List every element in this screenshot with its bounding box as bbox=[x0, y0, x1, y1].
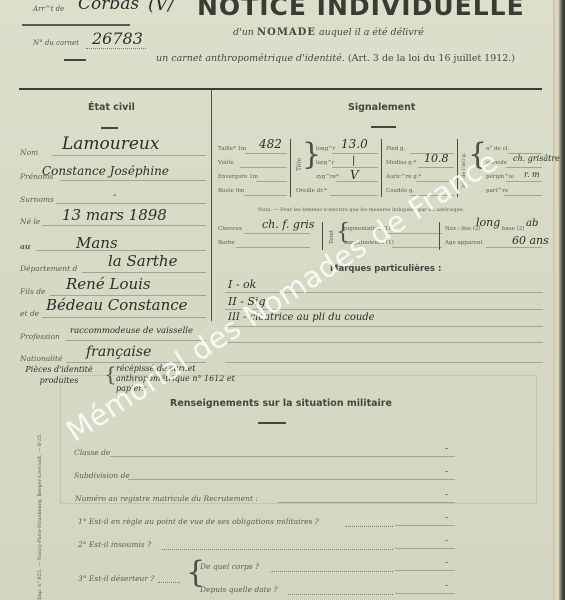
subdivision-value: - bbox=[445, 467, 448, 477]
iris-brace: { bbox=[468, 140, 487, 170]
au-value: Mans bbox=[76, 234, 118, 252]
profession-value: raccommodeuse de vaisselle bbox=[70, 326, 210, 337]
base-label: base (2) bbox=[502, 226, 524, 232]
sig-row2-sep-2 bbox=[439, 222, 440, 250]
pied-label: Pied g. bbox=[386, 146, 405, 152]
nez-value: long bbox=[476, 216, 500, 229]
marque-1: I - ok bbox=[228, 278, 256, 291]
military-box bbox=[60, 375, 537, 504]
page-title: NOTICE INDIVIDUELLE bbox=[197, 0, 525, 21]
obligations-value: - bbox=[445, 513, 448, 523]
long-value: 13.0 bbox=[341, 137, 368, 151]
obligations-dots bbox=[345, 526, 393, 527]
prenoms-line bbox=[60, 180, 206, 181]
marques-line-5 bbox=[225, 362, 543, 363]
et-de-label: et de bbox=[20, 309, 39, 318]
ne-le-value: 13 mars 1898 bbox=[62, 206, 167, 224]
cheveux-label: Cheveux bbox=[218, 226, 242, 232]
marques-line-4 bbox=[225, 342, 543, 343]
base-value: ab bbox=[526, 218, 538, 229]
cheveux-value: ch. f. gris bbox=[262, 218, 314, 231]
departement-value: la Sarthe bbox=[108, 252, 177, 270]
marques-line-3 bbox=[225, 326, 543, 327]
medius-label: Médius g.* bbox=[386, 160, 416, 166]
taille-line bbox=[245, 153, 287, 154]
militaire-dash bbox=[258, 422, 286, 424]
zyg-label: zyg^re* bbox=[316, 174, 339, 180]
matricule-label: Numéro au registre matricule du Recrutem… bbox=[75, 494, 258, 503]
matricule-value: - bbox=[445, 490, 448, 500]
subdivision-label: Subdivision de bbox=[74, 471, 130, 480]
marques-heading: Marques particulières : bbox=[330, 264, 441, 274]
buste-label: Buste 0m bbox=[218, 188, 244, 194]
ne-le-line bbox=[42, 225, 206, 226]
peripherie-label: périph^ie bbox=[486, 174, 514, 180]
profession-label: Profession bbox=[20, 332, 60, 341]
et-de-value: Bédeau Constance bbox=[46, 296, 188, 314]
marques-line-2 bbox=[225, 309, 543, 310]
corps-dots bbox=[270, 571, 393, 572]
envergure-line bbox=[256, 181, 287, 182]
subtitle-line2: un carnet anthropométrique d'identité. (… bbox=[156, 53, 515, 64]
fils-de-value: René Louis bbox=[66, 275, 151, 293]
handwritten-mark: (V/ bbox=[148, 0, 174, 15]
subtitle-law: (Art. 3 de la loi du 16 juillet 1912.) bbox=[348, 53, 515, 64]
pigmentation-label: pigmentation (1) bbox=[344, 226, 391, 232]
etat-civil-heading: État civil bbox=[88, 102, 135, 113]
age-line bbox=[486, 247, 542, 248]
arr-underline bbox=[22, 24, 130, 26]
oreille-line bbox=[330, 195, 378, 196]
voute-label: Voûte bbox=[218, 160, 234, 166]
et-de-line bbox=[42, 317, 206, 318]
buste-line bbox=[244, 195, 287, 196]
subtitle-carnet: un carnet anthropométrique d'identité. bbox=[156, 53, 345, 64]
subdivision-line bbox=[128, 479, 455, 480]
insoumis-value: - bbox=[445, 536, 448, 546]
sig-col-sep-3 bbox=[457, 139, 458, 197]
surnoms-label: Surnoms bbox=[20, 195, 54, 204]
auriculaire-line bbox=[416, 181, 454, 182]
date-label: Depuis quelle date ? bbox=[200, 585, 278, 594]
zyg-value: V bbox=[350, 168, 359, 182]
coudee-label: Coudée g. bbox=[386, 188, 414, 194]
carnet-dash bbox=[64, 59, 86, 61]
nationalite-line bbox=[66, 362, 206, 363]
insoumis-line bbox=[395, 548, 455, 549]
classe-value: - bbox=[445, 444, 448, 454]
carnet-line bbox=[86, 48, 146, 49]
nota-text: Nota. — Pour les femmes n'inscrire que l… bbox=[258, 207, 464, 213]
iris-group-label: Iris de l'œil g. bbox=[461, 153, 467, 188]
date-dots bbox=[288, 594, 393, 595]
sig-col-sep-2 bbox=[381, 139, 382, 197]
date-value: - bbox=[445, 581, 448, 591]
particularites-line bbox=[504, 195, 542, 196]
subtitle-pre: d'un bbox=[233, 27, 254, 38]
larg-label: larg^r bbox=[316, 160, 334, 166]
marque-2: II - Sig bbox=[228, 295, 266, 308]
printer-note: Imp. n° 825. — Nancy-Paris-Strasbourg, B… bbox=[37, 433, 43, 600]
age-label: Age apparent bbox=[445, 240, 483, 246]
arr-label: Arr^t de bbox=[33, 5, 64, 13]
taille-label: Taille* 1m bbox=[218, 146, 246, 152]
header-rule bbox=[19, 88, 542, 90]
barbe-label: Barbe bbox=[218, 240, 235, 246]
obligations-line bbox=[395, 525, 455, 526]
signalement-heading: Signalement bbox=[348, 102, 415, 113]
classe-label: Classe de bbox=[74, 448, 110, 457]
voute-line bbox=[240, 167, 287, 168]
date-line bbox=[395, 593, 455, 594]
aureole-label: auréole bbox=[486, 160, 507, 166]
aureole-value: ch. grisâtre bbox=[513, 154, 560, 163]
carnet-value: 26783 bbox=[92, 29, 143, 48]
nom-value: Lamoureux bbox=[62, 134, 159, 154]
carnet-label: N° du carnet bbox=[33, 39, 79, 47]
peripherie-value: r. m bbox=[524, 170, 540, 179]
classe-iris-label: n° de cl. bbox=[486, 146, 509, 152]
nom-label: Nom bbox=[20, 148, 38, 157]
arr-value: Corbas bbox=[78, 0, 139, 14]
long-line bbox=[332, 153, 378, 154]
sig-row2-sep-1 bbox=[322, 222, 323, 250]
deserteur-dots bbox=[158, 582, 180, 583]
marque-3: III - cicatrice au pli du coude bbox=[228, 312, 375, 323]
peripherie-line bbox=[506, 181, 542, 182]
departement-label: Département d bbox=[20, 264, 77, 273]
profession-line bbox=[66, 340, 206, 341]
signalement-dash bbox=[371, 126, 396, 128]
auriculaire-label: Auric^re g.* bbox=[386, 174, 421, 180]
larg-value: | bbox=[352, 155, 355, 166]
barbe-line bbox=[236, 247, 310, 248]
nom-line bbox=[52, 155, 206, 156]
sig-col-sep-1 bbox=[290, 139, 291, 197]
au-line bbox=[36, 250, 206, 251]
particularites-label: part^re bbox=[486, 188, 508, 194]
corps-line bbox=[395, 570, 455, 571]
deserteur-label: 3° Est-il déserteur ? bbox=[78, 574, 154, 583]
age-value: 60 ans bbox=[512, 234, 549, 247]
medius-value: 10.8 bbox=[424, 152, 449, 165]
classe-line bbox=[110, 456, 455, 457]
departement-line bbox=[82, 272, 206, 273]
page-edge bbox=[553, 0, 565, 600]
nationalite-value: française bbox=[86, 344, 151, 360]
cheveux-line bbox=[244, 233, 310, 234]
militaire-heading: Renseignements sur la situation militair… bbox=[170, 398, 392, 409]
corps-value: - bbox=[445, 558, 448, 568]
envergure-label: Envergure 1m bbox=[218, 174, 258, 180]
ne-le-label: Né le bbox=[20, 217, 40, 226]
insoumis-dots bbox=[162, 549, 393, 550]
surnoms-value: - bbox=[113, 190, 116, 201]
subtitle-nomade: NOMADE bbox=[257, 27, 316, 38]
subtitle-post: auquel il a été délivré bbox=[319, 27, 424, 38]
teint-group-label: Teint bbox=[329, 230, 335, 244]
subtitle-line1: d'un NOMADE auquel il a été délivré bbox=[233, 27, 424, 38]
coudee-line bbox=[410, 195, 454, 196]
sanguinolence-line bbox=[392, 247, 442, 248]
long-label: long^r bbox=[316, 146, 335, 152]
au-label: au bbox=[20, 242, 30, 251]
medius-line bbox=[418, 167, 454, 168]
nationalite-label: Nationalité bbox=[20, 354, 63, 363]
fils-de-label: Fils de bbox=[20, 287, 45, 296]
oreille-label: Oreille dr.* bbox=[296, 188, 327, 194]
sanguinolence-label: sanguinolence (1) bbox=[344, 240, 394, 246]
obligations-label: 1° Est-il en règle au point de vue de se… bbox=[78, 517, 319, 526]
pigmentation-line bbox=[386, 233, 442, 234]
insoumis-label: 2° Est-il insoumis ? bbox=[78, 540, 151, 549]
marques-line-1 bbox=[225, 292, 543, 293]
etat-civil-dash bbox=[101, 127, 118, 129]
prenoms-value: Constance Joséphine bbox=[42, 164, 169, 178]
surnoms-line bbox=[56, 203, 206, 204]
aureole-line bbox=[506, 167, 542, 168]
matricule-line bbox=[278, 502, 455, 503]
column-divider bbox=[211, 89, 212, 321]
corps-label: De quel corps ? bbox=[200, 562, 259, 571]
taille-value: 482 bbox=[259, 137, 282, 151]
